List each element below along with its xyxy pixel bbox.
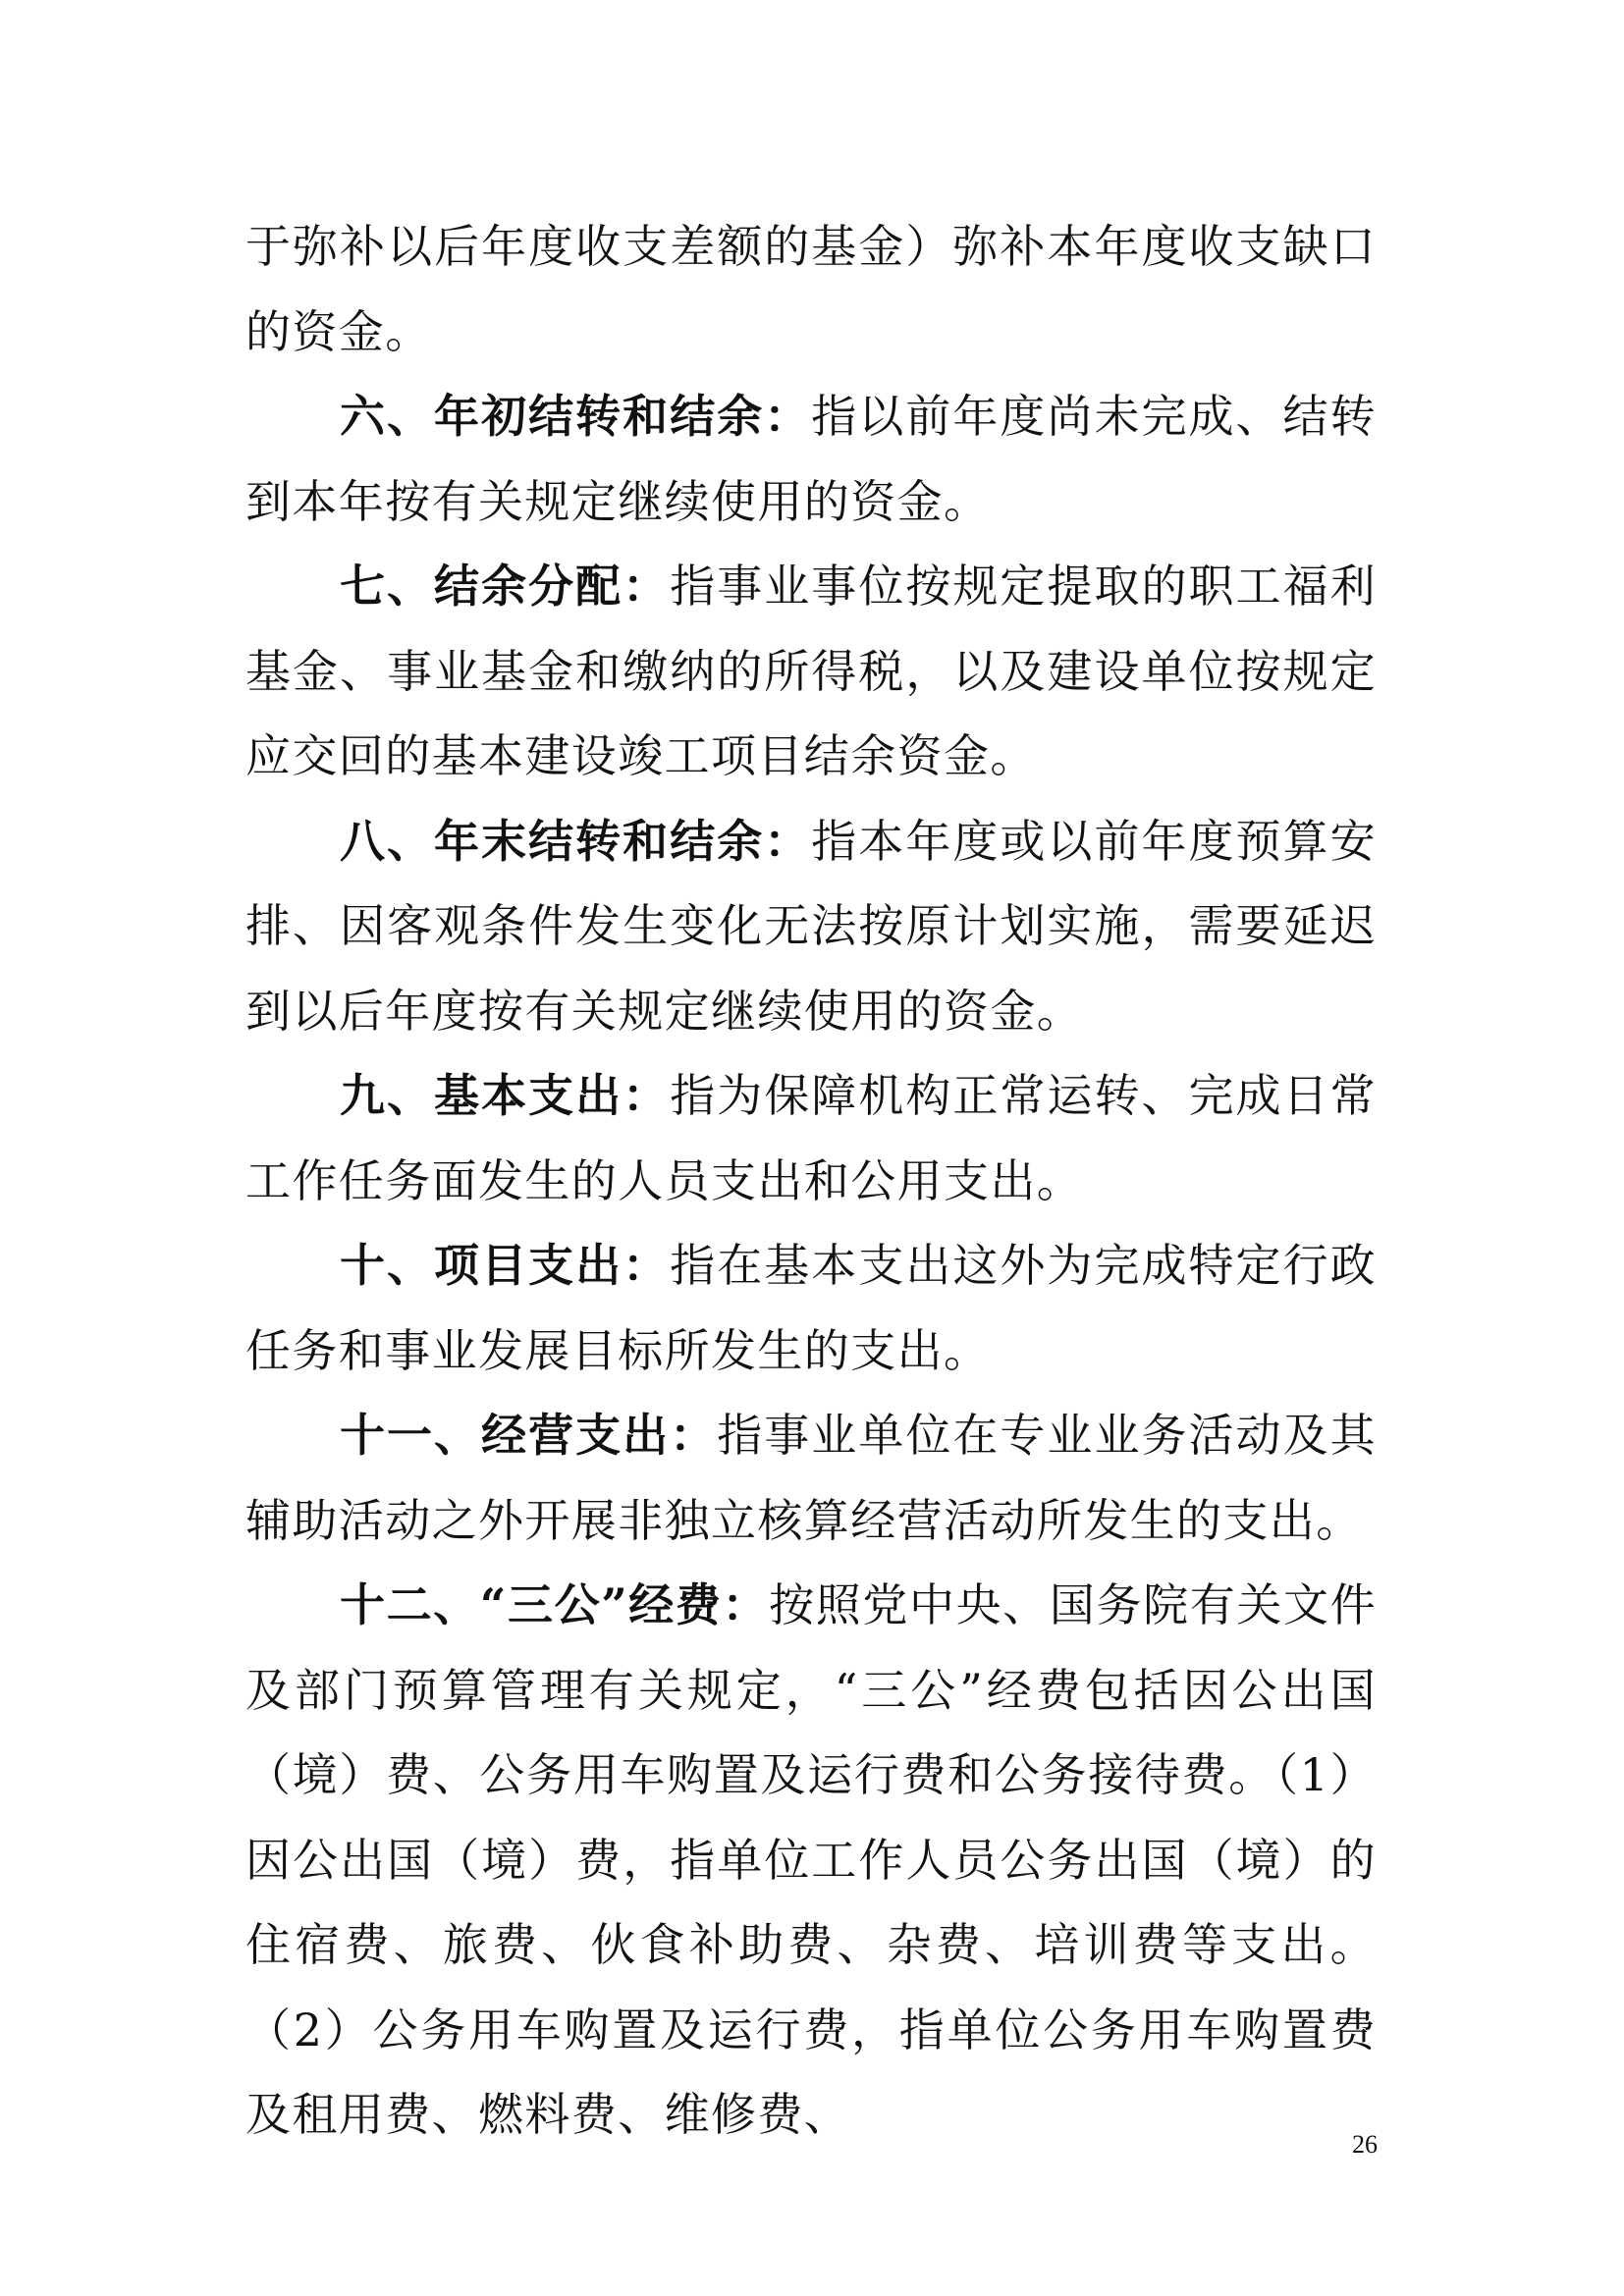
paragraph-term: 八、年末结转和结余： xyxy=(340,815,811,868)
paragraph-item-12: 十二、“三公”经费：按照党中央、国务院有关文件及部门预算管理有关规定，“三公”经… xyxy=(245,1563,1377,2158)
paragraph-term: 六、年初结转和结余： xyxy=(340,390,811,443)
paragraph-term: 七、结余分配： xyxy=(340,560,670,613)
paragraph-term: 十一、经营支出： xyxy=(340,1409,717,1462)
paragraph-item-6: 六、年初结转和结余：指以前年度尚未完成、结转到本年按有关规定继续使用的资金。 xyxy=(245,374,1377,544)
paragraph-continuation: 于弥补以后年度收支差额的基金）弥补本年度收支缺口的资金。 xyxy=(245,204,1377,374)
document-body: 于弥补以后年度收支差额的基金）弥补本年度收支缺口的资金。 六、年初结转和结余：指… xyxy=(245,204,1377,2158)
page-number: 26 xyxy=(1352,2130,1378,2160)
paragraph-item-9: 九、基本支出：指为保障机构正常运转、完成日常工作任务面发生的人员支出和公用支出。 xyxy=(245,1053,1377,1223)
paragraph-term: 十二、“三公”经费： xyxy=(340,1578,769,1631)
paragraph-item-11: 十一、经营支出：指事业单位在专业业务活动及其辅助活动之外开展非独立核算经营活动所… xyxy=(245,1393,1377,1563)
paragraph-term: 十、项目支出： xyxy=(340,1239,670,1292)
paragraph-item-10: 十、项目支出：指在基本支出这外为完成特定行政任务和事业发展目标所发生的支出。 xyxy=(245,1223,1377,1393)
paragraph-item-7: 七、结余分配：指事业事位按规定提取的职工福利基金、事业基金和缴纳的所得税，以及建… xyxy=(245,544,1377,799)
paragraph-term: 九、基本支出： xyxy=(340,1069,670,1122)
paragraph-text: 按照党中央、国务院有关文件及部门预算管理有关规定，“三公”经费包括因公出国（境）… xyxy=(245,1578,1377,2141)
paragraph-text: 于弥补以后年度收支差额的基金）弥补本年度收支缺口的资金。 xyxy=(245,220,1377,358)
paragraph-item-8: 八、年末结转和结余：指本年度或以前年度预算安排、因客观条件发生变化无法按原计划实… xyxy=(245,799,1377,1054)
